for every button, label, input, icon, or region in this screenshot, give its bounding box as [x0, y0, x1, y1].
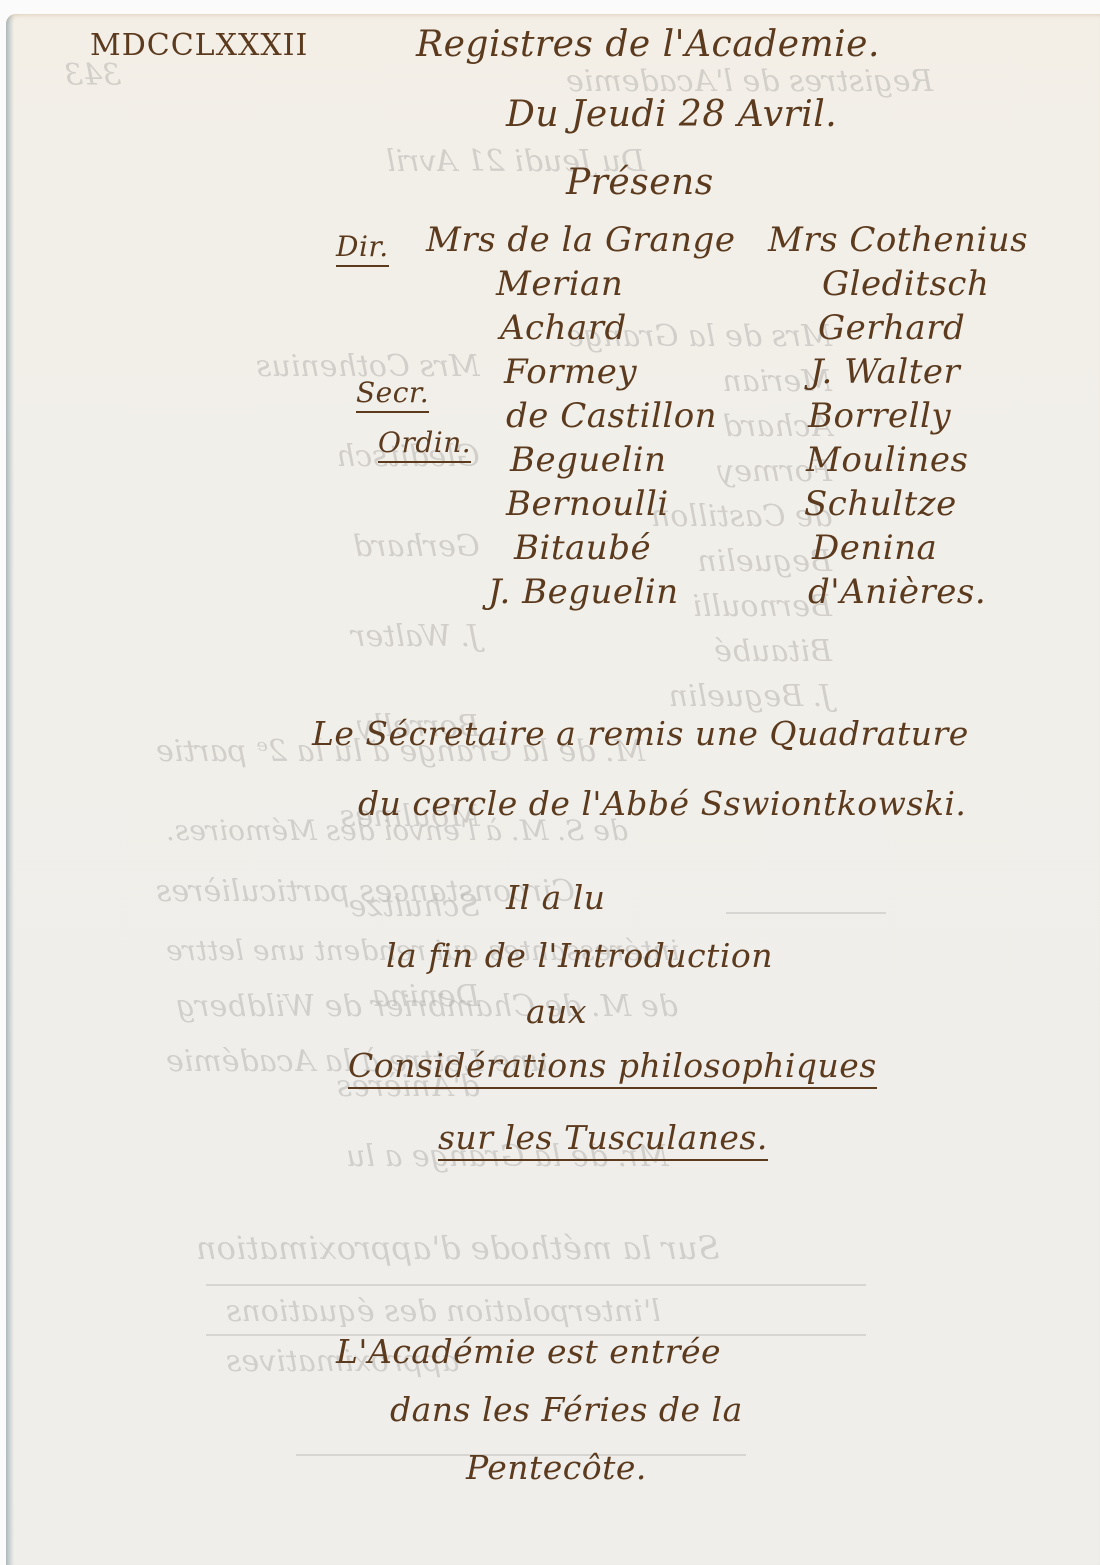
minutes-line-1: Le Sécretaire a remis une Quadrature: [312, 714, 969, 753]
reading-title-line-1: Considérations philosophiques: [348, 1046, 877, 1089]
attendee: Beguelin: [426, 438, 735, 482]
attendee: Formey: [426, 350, 735, 394]
attendee: J. Walter: [768, 350, 1028, 394]
attendee: Schultze: [768, 482, 1028, 526]
attendee: Achard: [426, 306, 735, 350]
attendee: Mrs Cothenius: [768, 218, 1028, 262]
role-director: Dir.: [336, 230, 389, 267]
attendee: Merian: [426, 262, 735, 306]
year-roman: MDCCLXXXII: [90, 28, 308, 63]
attendee: Bitaubé: [426, 526, 735, 570]
closing-line-2: dans les Féries de la: [390, 1390, 743, 1429]
reading-line-3: aux: [526, 992, 587, 1031]
attendee: Gleditsch: [768, 262, 1028, 306]
attendees-right: Mrs Cothenius Gleditsch Gerhard J. Walte…: [768, 218, 1028, 614]
attendee: Denina: [768, 526, 1028, 570]
register-title: Registres de l'Academie.: [416, 24, 880, 65]
attendees-left: Mrs de la Grange Merian Achard Formey de…: [426, 218, 735, 614]
attendee: d'Anières.: [768, 570, 1028, 614]
closing-line-3: Pentecôte.: [466, 1448, 647, 1487]
bleed-text-7: Sur la méthode d'approximation: [196, 1229, 720, 1267]
attendee: Borrelly: [768, 394, 1028, 438]
bleed-rule: [206, 1284, 866, 1286]
reading-line-2: la fin de l'Introduction: [386, 936, 773, 975]
attendee: de Castillon: [426, 394, 735, 438]
bleed-page-number: 343: [64, 58, 121, 93]
attendee: Moulines: [768, 438, 1028, 482]
attendee: Mrs de la Grange: [426, 218, 735, 262]
bleed-text-4: de M. de Chambrier de Wildberg: [176, 989, 678, 1024]
closing-line-1: L'Académie est entrée: [336, 1332, 721, 1371]
manuscript-page: 343 Registres de l'Academie Du Jeudi 21 …: [6, 14, 1100, 1565]
bleed-text-8: l'interpolation des équations: [226, 1294, 661, 1329]
bleed-rule: [726, 912, 886, 914]
attendee: Gerhard: [768, 306, 1028, 350]
presens-label: Présens: [566, 162, 714, 203]
attendee: J. Beguelin: [426, 570, 735, 614]
role-secretary: Secr.: [356, 376, 429, 413]
session-date: Du Jeudi 28 Avril.: [506, 94, 837, 135]
reading-line-1: Il a lu: [506, 878, 606, 917]
attendee: Bernoulli: [426, 482, 735, 526]
reading-title-line-2: sur les Tusculanes.: [438, 1118, 768, 1161]
minutes-line-2: du cercle de l'Abbé Sswiontkowski.: [358, 784, 966, 823]
